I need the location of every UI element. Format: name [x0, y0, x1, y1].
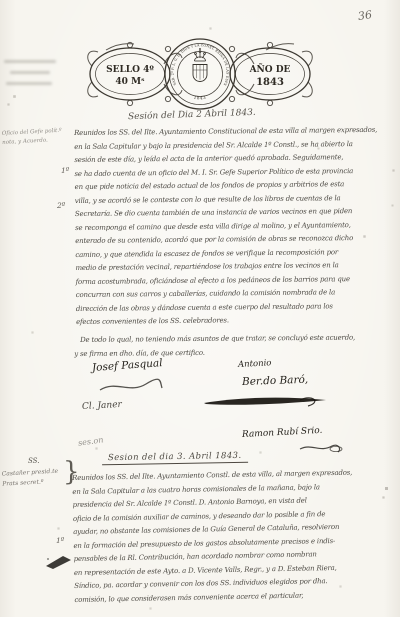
- secretary-rubric: [298, 441, 344, 455]
- handwritten-line: De todo lo qual, no teniendo más asuntos…: [74, 331, 398, 347]
- faint-ink-mark: ses.on: [77, 435, 103, 447]
- entry1-margin-item-2: 2º: [57, 201, 65, 210]
- ink-arrow-mark: [44, 553, 74, 571]
- entry1-margin-note: Oficio del Gefe polít.ºnota, y Acuerdo.: [2, 126, 75, 148]
- entry2-heading: Sesion del dia 3. Abril 1843.: [102, 451, 248, 466]
- crown-icon: [195, 48, 206, 61]
- stamp-left-oval: SELLO 4º 40 Mˢ: [90, 48, 170, 100]
- entry1-body: Reunidos los SS. del Ilte. Ayuntamiento …: [74, 124, 400, 330]
- stamp-ano-de-text: AÑO DE: [249, 63, 291, 75]
- stamp-sello-text: SELLO 4º: [106, 65, 154, 75]
- scanned-manuscript-page: 36 SELLO 4º 40 Mˢ: [0, 0, 400, 617]
- baro-heavy-flourish: [200, 394, 330, 410]
- coat-of-arms-icon: [193, 65, 207, 82]
- signature-right-1: Antonio: [238, 358, 272, 370]
- pencil-smudge: [4, 60, 56, 63]
- signature-left-2: Cl. Janer: [82, 400, 122, 412]
- handwritten-line: y se firma en dho. día, de que certifico…: [74, 345, 398, 361]
- entry1-margin-item-1: 1º: [61, 166, 69, 175]
- attendees-list: Castañer presid.tePrats secret.º: [2, 466, 65, 489]
- revenue-stamp: SELLO 4º 40 Mˢ AÑO DE 1843 ISAB. 2ª P. L…: [84, 36, 316, 112]
- entry2-body: Reunidos los SS. del Ilte. Ayuntamiento …: [72, 466, 400, 607]
- entry2-margin-item-1: 1º: [56, 536, 64, 545]
- secretary-signature: Ramon Rubí Srio.: [242, 426, 323, 440]
- seal-year: 1843: [193, 95, 206, 101]
- pencil-smudge: [10, 71, 50, 74]
- handwritten-line: efectos convenientes de los SS. celebrad…: [76, 313, 400, 330]
- signature-right-2: Ber.do Baró,: [242, 374, 309, 388]
- handwritten-line: Prats secret.º: [2, 476, 64, 489]
- page-number: 36: [357, 8, 373, 23]
- paper-speckles: [0, 0, 1, 1]
- stamp-year-text: 1843: [256, 77, 284, 88]
- entry1-closing: De todo lo qual, no teniendo más asuntos…: [74, 331, 398, 361]
- stamp-precio-text: 40 Mˢ: [115, 77, 145, 87]
- attendees-label: SS.: [28, 457, 39, 465]
- pencil-smudge: [6, 82, 52, 85]
- stamp-right-oval: AÑO DE 1843: [230, 48, 310, 100]
- svg-text:1843: 1843: [193, 95, 206, 101]
- rubric-flourish: [96, 378, 166, 396]
